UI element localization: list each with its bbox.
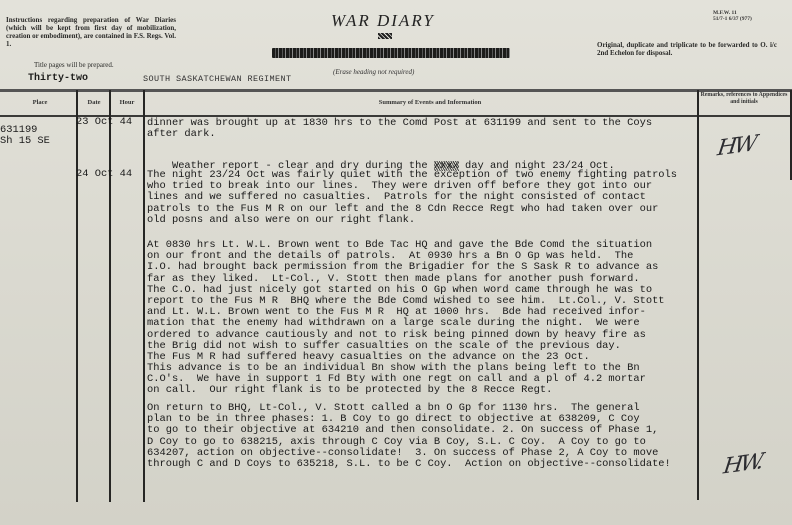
- initials-signature: HW: [716, 132, 756, 162]
- title-pages-note: Title pages will be prepared.: [34, 61, 114, 69]
- col-divider-date: [109, 90, 111, 502]
- col-divider-hour: [143, 90, 145, 502]
- unit-number: Thirty-two: [28, 73, 88, 84]
- entry-date: 23 Oct 44: [76, 117, 132, 128]
- column-header-summary: Summary of Events and Information: [300, 99, 560, 106]
- right-edge: [790, 90, 792, 180]
- entry-paragraph: The night 23/24 Oct was fairly quiet wit…: [147, 170, 677, 226]
- form-reference: M.F.W. 11 51/7-1 6/37 (977): [713, 10, 752, 22]
- war-diary-page: Instructions regarding preparation of Wa…: [0, 0, 792, 525]
- entry-paragraph: At 0830 hrs Lt. W.L. Brown went to Bde T…: [147, 240, 665, 363]
- document-title: WAR DIARY: [331, 11, 435, 31]
- entry-paragraph: This advance is to be an individual Bn s…: [147, 363, 646, 397]
- entry-summary-line: dinner was brought up at 1830 hrs to the…: [147, 118, 652, 129]
- entry-paragraph: On return to BHQ, Lt-Col., V. Stott call…: [147, 403, 671, 470]
- entry-date: 24 Oct 44: [76, 169, 132, 180]
- initials-signature: HW.: [722, 450, 762, 480]
- column-header-place: Place: [10, 99, 70, 106]
- struck-subheading: [378, 33, 392, 39]
- erase-heading-note: (Erase heading not required): [333, 68, 414, 76]
- distribution-note: Original, duplicate and triplicate to be…: [597, 41, 777, 57]
- unit-name: SOUTH SASKATCHEWAN REGIMENT: [143, 74, 292, 84]
- col-divider-remarks: [697, 90, 699, 500]
- struck-heading: [272, 48, 510, 58]
- instructions-note: Instructions regarding preparation of Wa…: [6, 16, 176, 48]
- column-header-date: Date: [79, 99, 109, 106]
- entry-place: 631199 Sh 15 SE: [0, 125, 50, 147]
- entry-summary-line: after dark.: [147, 129, 216, 140]
- column-header-remarks: Remarks, references to Appendices and in…: [699, 92, 789, 106]
- col-divider-place: [76, 90, 78, 502]
- column-header-hour: Hour: [112, 99, 142, 106]
- table-top-rule: [0, 89, 792, 92]
